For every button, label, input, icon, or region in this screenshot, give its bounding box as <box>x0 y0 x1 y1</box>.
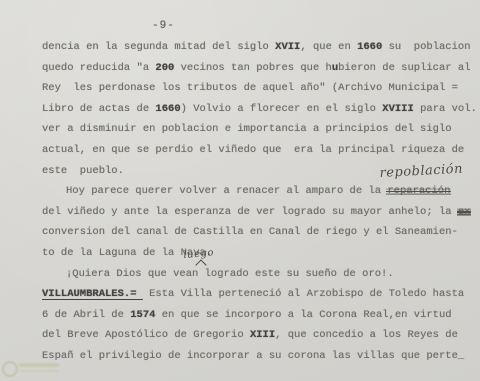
typed-text: conversion del canal de Castilla en Cana… <box>42 226 458 238</box>
stamp-watermark <box>2 359 72 379</box>
typed-text: para vol. <box>414 103 477 115</box>
document-line: Españ el privilegio de incorporar a su c… <box>42 346 478 367</box>
typed-text: XIII <box>250 329 275 341</box>
stamp-circle-icon <box>2 361 18 377</box>
struck-text: ex <box>458 206 471 218</box>
document-line: dencia en la segunda mitad del siglo XVI… <box>42 37 478 58</box>
typed-text: 1660 <box>155 103 180 115</box>
document-line: actual, en que se perdio el viñedo que e… <box>42 140 478 161</box>
typed-text: en que se incorporo a la Corona Real,en … <box>155 309 451 321</box>
typed-text: este pueblo. <box>42 165 124 177</box>
typed-text: bieron de suplicar al <box>338 62 470 74</box>
typed-text: quedo reducida "a <box>42 62 155 74</box>
document-line: 6 de Abril de 1574 en que se incorporo a… <box>42 305 478 326</box>
document-line: to de la Laguna de la Nava. <box>42 243 478 264</box>
typed-text: , que en <box>300 41 357 53</box>
typed-text: Españ el privilegio de incorporar a su c… <box>42 350 464 362</box>
document-body: dencia en la segunda mitad del siglo XVI… <box>42 37 478 367</box>
typed-text: dencia en la segunda mitad del siglo <box>42 41 275 53</box>
typed-text: Esta Villa perteneció al Arzobispo de To… <box>143 288 464 300</box>
document-line: conversion del canal de Castilla en Cana… <box>42 222 478 243</box>
typed-text: Libro de actas de <box>42 103 155 115</box>
document-line: Hoy parece querer volver a renacer al am… <box>42 181 478 202</box>
typed-text: ¡Quiera Dios que vean logrado este su su… <box>66 268 394 280</box>
typed-text: 6 de Abril de <box>42 309 130 321</box>
stamp-text-smudge <box>19 363 59 367</box>
document-line: quedo reducida "a 200 vecinos tan pobres… <box>42 58 478 79</box>
typed-text: , que concedio a los Reyes de <box>275 329 458 341</box>
document-line: del Breve Apostólico de Gregorio XIII, q… <box>42 325 478 346</box>
page-number: -9- <box>152 20 175 32</box>
typed-text: XVII <box>275 41 300 53</box>
typed-text: ) Volvio a florecer en el siglo <box>181 103 383 115</box>
document-line: ver a disminuir en poblacion e importanc… <box>42 119 478 140</box>
document-line: Rey les perdonase los tributos de aquel … <box>42 78 478 99</box>
typed-text: su poblacion <box>382 41 470 53</box>
typed-text: del Breve Apostólico de Gregorio <box>42 329 250 341</box>
typed-text: 1574 <box>130 309 155 321</box>
struck-text: reparación <box>387 185 450 197</box>
page: -9- dencia en la segunda mitad del siglo… <box>0 0 480 381</box>
typed-text: XVIII <box>382 103 414 115</box>
typed-text: Rey les perdonase los tributos de aquel … <box>42 82 458 94</box>
typed-text: Hoy parece querer volver a renacer al am… <box>66 185 387 197</box>
typed-text: del viñedo y ante la esperanza de ver lo… <box>42 206 458 218</box>
document-line: VILLAUMBRALES.= Esta Villa perteneció al… <box>42 284 478 305</box>
typed-text: 200 <box>155 62 174 74</box>
typed-text: 1660 <box>357 41 382 53</box>
document-line: Libro de actas de 1660) Volvio a florece… <box>42 99 478 120</box>
document-line: del viñedo y ante la esperanza de ver lo… <box>42 202 478 223</box>
typed-text: actual, en que se perdio el viñedo que e… <box>42 144 464 156</box>
document-line: ¡Quiera Dios que vean logrado este su su… <box>42 264 478 285</box>
section-heading: VILLAUMBRALES.= <box>42 288 143 300</box>
typed-text: ver a disminuir en poblacion e importanc… <box>42 123 452 135</box>
typed-text: vecinos tan pobres que h <box>174 62 332 74</box>
